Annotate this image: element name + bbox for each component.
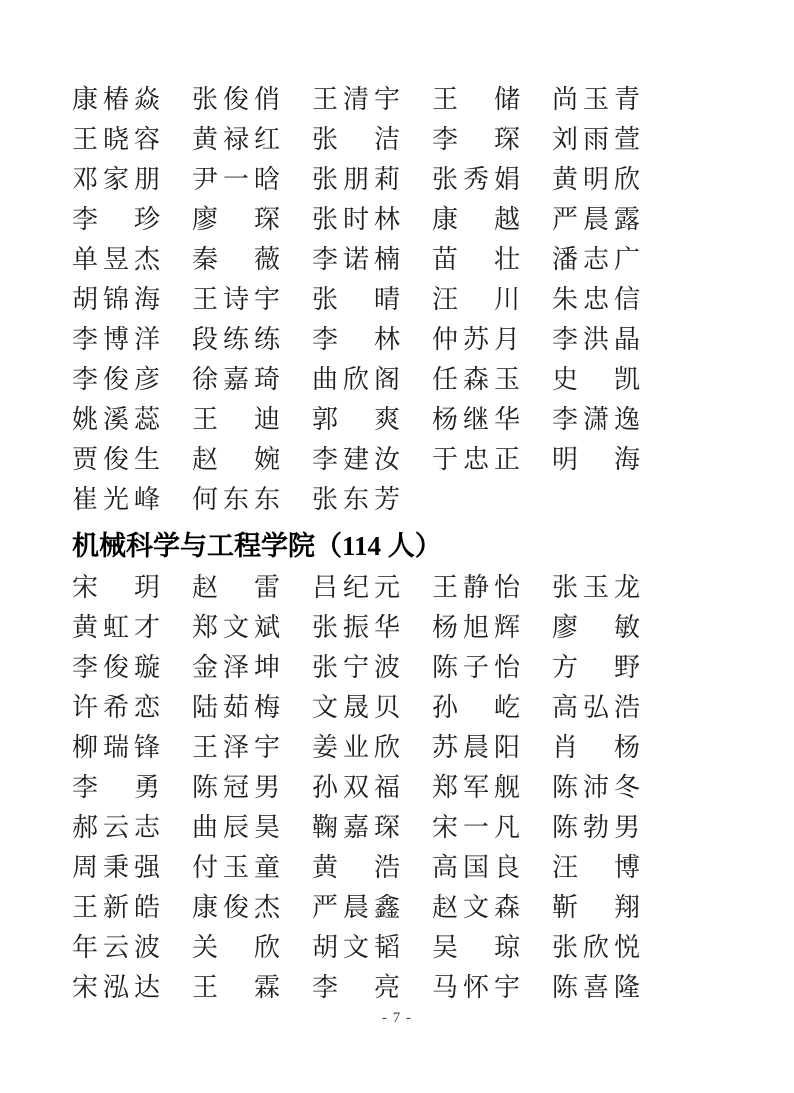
student-name: 关欣	[192, 935, 280, 961]
student-name: 年云波	[72, 935, 160, 961]
student-name: 高国良	[432, 855, 520, 881]
student-name: 于忠正	[432, 447, 520, 473]
student-name: 王静怡	[432, 575, 520, 601]
student-name: 陈子怡	[432, 655, 520, 681]
student-name: 李勇	[72, 775, 160, 801]
name-row: 李俊彦徐嘉琦曲欣阁任森玉史凯	[72, 360, 794, 400]
student-name: 杨继华	[432, 407, 520, 433]
student-name: 任森玉	[432, 367, 520, 393]
student-name: 金泽坤	[192, 655, 280, 681]
student-name: 周秉强	[72, 855, 160, 881]
student-name: 李潇逸	[552, 407, 640, 433]
name-row: 王晓容黄禄红张洁李琛刘雨萱	[72, 120, 794, 160]
student-name: 张玉龙	[552, 575, 640, 601]
student-name: 赵婉	[192, 447, 280, 473]
name-row: 宋玥赵雷吕纪元王静怡张玉龙	[72, 568, 794, 608]
student-name: 李琛	[432, 127, 520, 153]
name-row: 胡锦海王诗宇张晴汪川朱忠信	[72, 280, 794, 320]
name-row: 柳瑞锋王泽宇姜业欣苏晨阳肖杨	[72, 728, 794, 768]
student-name: 徐嘉琦	[192, 367, 280, 393]
student-name: 康越	[432, 207, 520, 233]
student-name: 陈沛冬	[552, 775, 640, 801]
student-name: 苗壮	[432, 247, 520, 273]
student-name: 廖琛	[192, 207, 280, 233]
student-name: 王迪	[192, 407, 280, 433]
student-name: 康俊杰	[192, 895, 280, 921]
student-name: 李俊璇	[72, 655, 160, 681]
student-name: 张振华	[312, 615, 400, 641]
name-row: 邓家朋尹一晗张朋莉张秀娟黄明欣	[72, 160, 794, 200]
student-name: 李林	[312, 327, 400, 353]
student-name: 单昱杰	[72, 247, 160, 273]
student-name: 吴琼	[432, 935, 520, 961]
student-name: 曲欣阁	[312, 367, 400, 393]
student-name: 李建汝	[312, 447, 400, 473]
name-grid: 康椿焱张俊俏王清宇王储尚玉青王晓容黄禄红张洁李琛刘雨萱邓家朋尹一晗张朋莉张秀娟黄…	[72, 80, 794, 520]
student-name: 刘雨萱	[552, 127, 640, 153]
student-name: 严晨鑫	[312, 895, 400, 921]
student-name: 付玉童	[192, 855, 280, 881]
name-row: 黄虹才郑文斌张振华杨旭辉廖敏	[72, 608, 794, 648]
student-name: 廖敏	[552, 615, 640, 641]
student-name: 段练练	[192, 327, 280, 353]
name-row: 许希恋陆茹梅文晟贝孙屹高弘浩	[72, 688, 794, 728]
name-list-section-mechanical: 宋玥赵雷吕纪元王静怡张玉龙黄虹才郑文斌张振华杨旭辉廖敏李俊璇金泽坤张宁波陈子怡方…	[72, 568, 794, 1008]
student-name: 马怀宇	[432, 975, 520, 1001]
student-name: 王清宇	[312, 87, 400, 113]
student-name: 明海	[552, 447, 640, 473]
student-name: 宋泓达	[72, 975, 160, 1001]
name-list-section-continued: 康椿焱张俊俏王清宇王储尚玉青王晓容黄禄红张洁李琛刘雨萱邓家朋尹一晗张朋莉张秀娟黄…	[72, 80, 794, 520]
student-name: 许希恋	[72, 695, 160, 721]
student-name: 贾俊生	[72, 447, 160, 473]
student-name: 张俊俏	[192, 87, 280, 113]
student-name: 杨旭辉	[432, 615, 520, 641]
student-name: 秦薇	[192, 247, 280, 273]
name-row: 姚溪蕊王迪郭爽杨继华李潇逸	[72, 400, 794, 440]
student-name: 肖杨	[552, 735, 640, 761]
name-row: 年云波关欣胡文韬吴琼张欣悦	[72, 928, 794, 968]
student-name: 张秀娟	[432, 167, 520, 193]
student-name: 康椿焱	[72, 87, 160, 113]
name-row: 李珍廖琛张时林康越严晨露	[72, 200, 794, 240]
student-name: 陈冠男	[192, 775, 280, 801]
student-name: 郑文斌	[192, 615, 280, 641]
student-name: 尹一晗	[192, 167, 280, 193]
student-name: 姜业欣	[312, 735, 400, 761]
student-name: 汪川	[432, 287, 520, 313]
student-name: 王储	[432, 87, 520, 113]
student-name: 潘志广	[552, 247, 640, 273]
student-name: 陈喜隆	[552, 975, 640, 1001]
document-page: 康椿焱张俊俏王清宇王储尚玉青王晓容黄禄红张洁李琛刘雨萱邓家朋尹一晗张朋莉张秀娟黄…	[0, 0, 794, 1093]
student-name: 张洁	[312, 127, 400, 153]
student-name: 严晨露	[552, 207, 640, 233]
student-name: 柳瑞锋	[72, 735, 160, 761]
student-name: 朱忠信	[552, 287, 640, 313]
student-name: 孙屹	[432, 695, 520, 721]
student-name: 邓家朋	[72, 167, 160, 193]
student-name: 陈勃男	[552, 815, 640, 841]
student-name: 张欣悦	[552, 935, 640, 961]
student-name: 汪博	[552, 855, 640, 881]
student-name: 苏晨阳	[432, 735, 520, 761]
student-name: 李珍	[72, 207, 160, 233]
page-number: - 7 -	[0, 1010, 794, 1027]
name-row: 王新皓康俊杰严晨鑫赵文森靳翔	[72, 888, 794, 928]
student-name: 仲苏月	[432, 327, 520, 353]
student-name: 靳翔	[552, 895, 640, 921]
name-grid: 宋玥赵雷吕纪元王静怡张玉龙黄虹才郑文斌张振华杨旭辉廖敏李俊璇金泽坤张宁波陈子怡方…	[72, 568, 794, 1008]
student-name: 方野	[552, 655, 640, 681]
student-name: 张时林	[312, 207, 400, 233]
student-name: 宋玥	[72, 575, 160, 601]
student-name: 王诗宇	[192, 287, 280, 313]
student-name: 郭爽	[312, 407, 400, 433]
student-name: 高弘浩	[552, 695, 640, 721]
name-row: 康椿焱张俊俏王清宇王储尚玉青	[72, 80, 794, 120]
student-name: 张朋莉	[312, 167, 400, 193]
name-row: 单昱杰秦薇李诺楠苗壮潘志广	[72, 240, 794, 280]
name-row: 李俊璇金泽坤张宁波陈子怡方野	[72, 648, 794, 688]
student-name: 胡锦海	[72, 287, 160, 313]
student-name: 李洪晶	[552, 327, 640, 353]
student-name: 李诺楠	[312, 247, 400, 273]
student-name: 黄禄红	[192, 127, 280, 153]
name-row: 李博洋段练练李林仲苏月李洪晶	[72, 320, 794, 360]
student-name: 赵雷	[192, 575, 280, 601]
student-name: 王新皓	[72, 895, 160, 921]
student-name: 鞠嘉琛	[312, 815, 400, 841]
name-row: 郝云志曲辰昊鞠嘉琛宋一凡陈勃男	[72, 808, 794, 848]
student-name: 张宁波	[312, 655, 400, 681]
student-name: 张晴	[312, 287, 400, 313]
student-name: 何东东	[192, 487, 280, 513]
student-name: 尚玉青	[552, 87, 640, 113]
student-name: 胡文韬	[312, 935, 400, 961]
student-name: 王霖	[192, 975, 280, 1001]
student-name: 陆茹梅	[192, 695, 280, 721]
student-name: 李亮	[312, 975, 400, 1001]
student-name: 曲辰昊	[192, 815, 280, 841]
student-name: 孙双福	[312, 775, 400, 801]
section-header-mechanical-college: 机械科学与工程学院（114 人）	[72, 528, 794, 564]
student-name: 郝云志	[72, 815, 160, 841]
name-row: 贾俊生赵婉李建汝于忠正明海	[72, 440, 794, 480]
student-name: 李博洋	[72, 327, 160, 353]
name-row: 崔光峰何东东张东芳	[72, 480, 794, 520]
name-row: 李勇陈冠男孙双福郑军舰陈沛冬	[72, 768, 794, 808]
student-name: 吕纪元	[312, 575, 400, 601]
name-row: 周秉强付玉童黄浩高国良汪博	[72, 848, 794, 888]
student-name: 黄明欣	[552, 167, 640, 193]
student-name: 文晟贝	[312, 695, 400, 721]
page-content: 康椿焱张俊俏王清宇王储尚玉青王晓容黄禄红张洁李琛刘雨萱邓家朋尹一晗张朋莉张秀娟黄…	[0, 0, 794, 1008]
student-name: 赵文森	[432, 895, 520, 921]
student-name: 李俊彦	[72, 367, 160, 393]
student-name: 史凯	[552, 367, 640, 393]
student-name: 王晓容	[72, 127, 160, 153]
student-name: 姚溪蕊	[72, 407, 160, 433]
student-name: 张东芳	[312, 487, 400, 513]
name-row: 宋泓达王霖李亮马怀宇陈喜隆	[72, 968, 794, 1008]
student-name: 黄虹才	[72, 615, 160, 641]
student-name: 崔光峰	[72, 487, 160, 513]
student-name: 郑军舰	[432, 775, 520, 801]
student-name: 黄浩	[312, 855, 400, 881]
student-name: 宋一凡	[432, 815, 520, 841]
student-name: 王泽宇	[192, 735, 280, 761]
